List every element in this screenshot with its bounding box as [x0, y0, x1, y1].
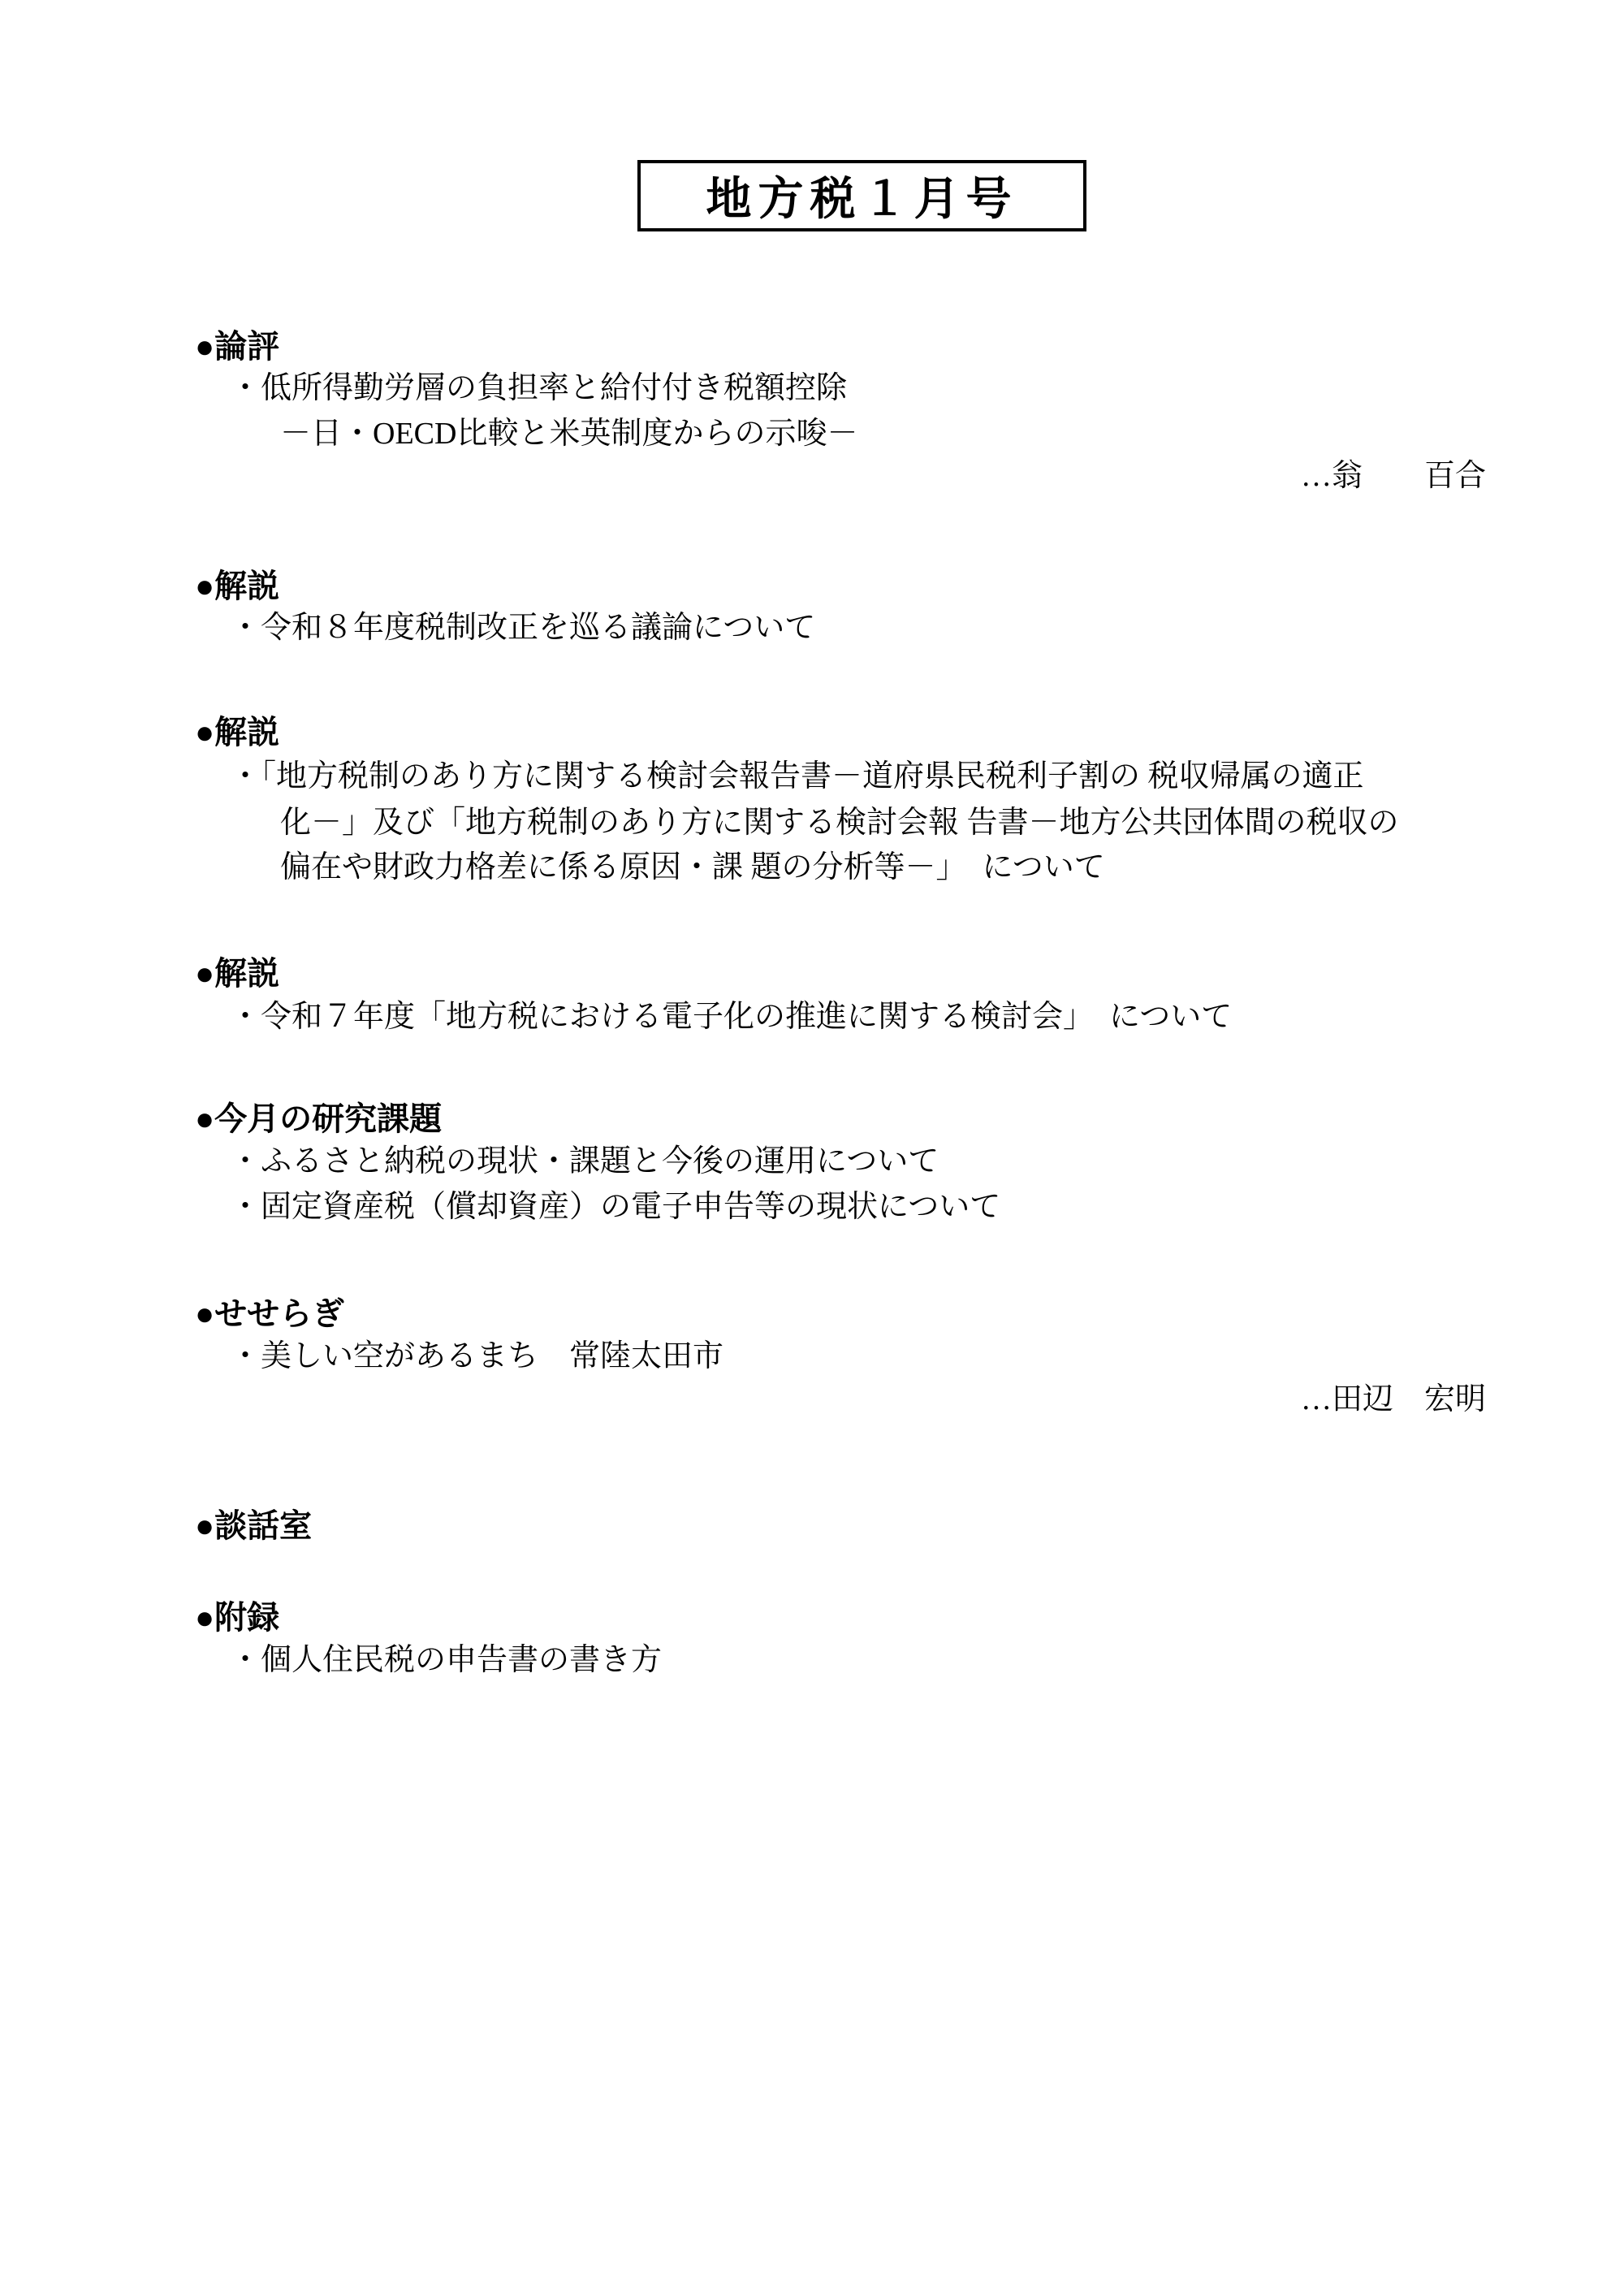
section-heading-kenkyu-kadai: ●今月の研究課題 [195, 1101, 442, 1137]
toc-line: ・低所得勤労層の負担率と給付付き税額控除 [230, 372, 847, 406]
section-heading-kaisetsu-3: ●解説 [195, 956, 279, 992]
author-credit: …翁 百合 [0, 460, 1486, 494]
toc-line: ・令和８年度税制改正を巡る議論について [230, 612, 815, 646]
page-title: 地方税１月号 [706, 163, 1018, 228]
section-heading-kaisetsu-1: ●解説 [195, 569, 279, 604]
toc-line-continuation: 偏在や財政力格差に係る原因・課 題の分析等－」 について [280, 851, 1105, 885]
section-heading-furoku: ●附録 [195, 1600, 279, 1636]
issue-title-box: 地方税１月号 [637, 160, 1086, 231]
toc-line: ・令和７年度「地方税における電子化の推進に関する検討会」 について [230, 1001, 1232, 1035]
toc-line-continuation: 化－」及び「地方税制のあり方に関する検討会報 告書－地方公共団体間の税収の [280, 806, 1399, 841]
toc-line: ・個人住民税の申告書の書き方 [230, 1644, 662, 1678]
toc-line: ・ふるさと納税の現状・課題と今後の運用について [230, 1145, 939, 1179]
toc-page: 地方税１月号 ●論評 ・低所得勤労層の負担率と給付付き税額控除 －日・OECD比… [0, 0, 1624, 2296]
author-credit: …田辺 宏明 [0, 1383, 1486, 1417]
toc-line: ・美しい空があるまち 常陸太田市 [230, 1340, 723, 1374]
toc-line-continuation: －日・OECD比較と米英制度からの示唆－ [280, 417, 857, 452]
toc-line: ・固定資産税（償却資産）の電子申告等の現状について [230, 1191, 1000, 1225]
section-heading-ronpyo: ●論評 [195, 329, 279, 365]
section-heading-kaisetsu-2: ●解説 [195, 715, 279, 750]
toc-line: ・「地方税制のあり方に関する検討会報告書－道府県民税利子割の 税収帰属の適正 [230, 760, 1364, 794]
section-heading-danwashitsu: ●談話室 [195, 1508, 312, 1544]
section-heading-seseragi: ●せせらぎ [195, 1296, 344, 1332]
